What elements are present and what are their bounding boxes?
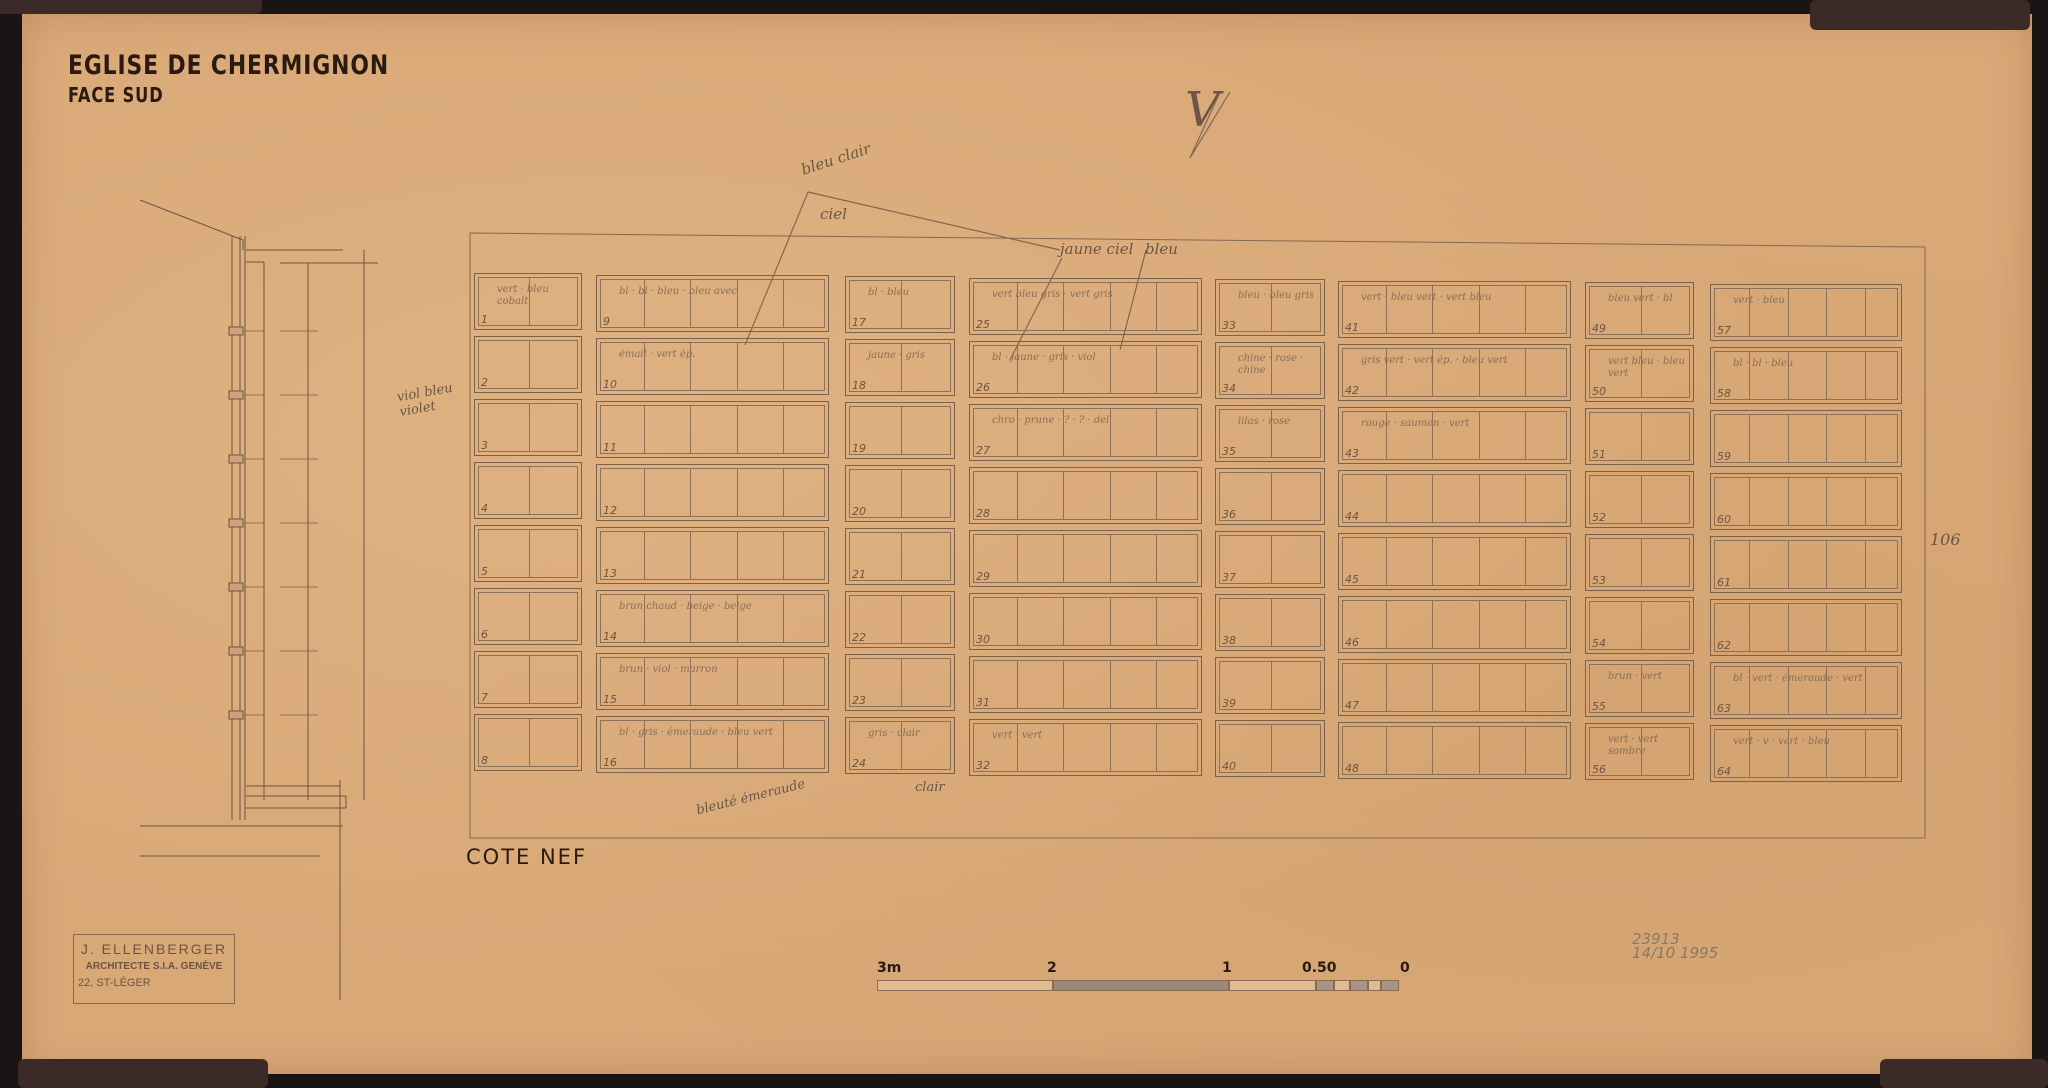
panel-mullion <box>1063 724 1064 771</box>
panel-number: 29 <box>976 570 990 583</box>
panel-mullion <box>1865 415 1866 462</box>
panel-number: 36 <box>1222 508 1236 521</box>
panel-mullion <box>1749 730 1750 777</box>
panel-mullion <box>737 595 738 642</box>
panel-mullion <box>1788 604 1789 651</box>
pencil-annotation: 106 <box>1930 530 1961 549</box>
scale-segment <box>1229 980 1316 991</box>
window-panel: 55brun · vert <box>1585 660 1694 717</box>
panel-number: 11 <box>603 441 617 454</box>
window-panel: 6 <box>474 588 582 645</box>
panel-mullion <box>1641 476 1642 523</box>
panel-mullion <box>1826 604 1827 651</box>
panel-number: 18 <box>852 379 866 392</box>
panel-mullion <box>1432 601 1433 648</box>
panel-number: 28 <box>976 507 990 520</box>
panel-inner-frame <box>600 468 825 517</box>
panel-number: 34 <box>1222 382 1236 395</box>
window-panel: 62 <box>1710 599 1902 656</box>
panel-mullion <box>1826 730 1827 777</box>
window-panel: 39 <box>1215 657 1325 714</box>
window-panel: 18jaune · gris <box>845 339 955 396</box>
panel-mullion <box>1865 289 1866 336</box>
panel-mullion <box>1788 667 1789 714</box>
panel-mullion <box>644 406 645 453</box>
panel-color-note: jaune · gris <box>868 350 948 362</box>
panel-inner-frame <box>973 471 1198 520</box>
panel-mullion <box>1788 415 1789 462</box>
panel-mullion <box>1386 349 1387 396</box>
panel-mullion <box>1110 661 1111 708</box>
window-panel: 58bl · bl · bleu <box>1710 347 1902 404</box>
panel-color-note: bl · gris · émeraude · bleu vert <box>619 727 822 739</box>
panel-mullion <box>1749 667 1750 714</box>
panel-mullion <box>1271 284 1272 331</box>
panel-mullion <box>1826 478 1827 525</box>
panel-number: 45 <box>1345 573 1359 586</box>
panel-inner-frame <box>478 718 578 767</box>
panel-number: 54 <box>1592 637 1606 650</box>
panel-number: 33 <box>1222 319 1236 332</box>
panel-mullion <box>1641 665 1642 712</box>
panel-mullion <box>644 658 645 705</box>
panel-number: 46 <box>1345 636 1359 649</box>
panel-mullion <box>1432 475 1433 522</box>
panel-mullion <box>690 406 691 453</box>
panel-mullion <box>1063 409 1064 456</box>
panel-color-note: bleu · bleu gris <box>1238 290 1318 302</box>
panel-color-note: gris vert · vert ép. · bleu vert <box>1361 355 1564 367</box>
window-panel: 43rouge · saumon · vert <box>1338 407 1571 464</box>
panel-mullion <box>783 595 784 642</box>
panel-number: 23 <box>852 694 866 707</box>
panel-mullion <box>1749 289 1750 336</box>
panel-inner-frame <box>1714 603 1898 652</box>
panel-inner-frame <box>478 592 578 641</box>
window-panel: 7 <box>474 651 582 708</box>
panel-inner-frame <box>1714 540 1898 589</box>
window-panel: 15brun · viol · marron <box>596 653 829 710</box>
panel-mullion <box>1110 346 1111 393</box>
panel-mullion <box>1271 662 1272 709</box>
panel-number: 52 <box>1592 511 1606 524</box>
panel-inner-frame <box>600 405 825 454</box>
panel-inner-frame <box>1342 726 1567 775</box>
panel-mullion <box>1386 664 1387 711</box>
panel-color-note: brun chaud · beige · beige <box>619 601 822 613</box>
panel-inner-frame <box>973 534 1198 583</box>
panel-mullion <box>1749 478 1750 525</box>
panel-number: 10 <box>603 378 617 391</box>
panel-mullion <box>1865 667 1866 714</box>
panel-number: 2 <box>481 376 488 389</box>
panel-mullion <box>1017 535 1018 582</box>
panel-number: 12 <box>603 504 617 517</box>
panel-mullion <box>529 341 530 388</box>
window-panel: 16bl · gris · émeraude · bleu vert <box>596 716 829 773</box>
panel-number: 1 <box>481 313 488 326</box>
panel-color-note: vert · bleu <box>1733 295 1895 307</box>
panel-number: 32 <box>976 759 990 772</box>
panel-number: 44 <box>1345 510 1359 523</box>
panel-inner-frame <box>1342 663 1567 712</box>
panel-mullion <box>737 343 738 390</box>
panel-mullion <box>1063 346 1064 393</box>
panel-mullion <box>644 532 645 579</box>
panel-mullion <box>1271 725 1272 772</box>
panel-number: 14 <box>603 630 617 643</box>
panel-inner-frame <box>1342 474 1567 523</box>
panel-mullion <box>1788 541 1789 588</box>
panel-number: 51 <box>1592 448 1606 461</box>
panel-mullion <box>1479 286 1480 333</box>
panel-mullion <box>690 280 691 327</box>
panel-mullion <box>1788 730 1789 777</box>
panel-mullion <box>529 719 530 766</box>
window-panel: 45 <box>1338 533 1571 590</box>
panel-mullion <box>901 659 902 706</box>
panel-color-note: bl · vert · émeraude · vert <box>1733 673 1895 685</box>
panel-mullion <box>1432 664 1433 711</box>
window-panel: 20 <box>845 465 955 522</box>
window-panel: 49bleu vert · bl <box>1585 282 1694 339</box>
panel-mullion <box>1063 283 1064 330</box>
panel-mullion <box>783 469 784 516</box>
window-panel: 27chro · prune · ? · ? · del <box>969 404 1202 461</box>
window-panel: 50vert bleu · bleu vert <box>1585 345 1694 402</box>
panel-mullion <box>737 658 738 705</box>
panel-mullion <box>1271 473 1272 520</box>
panel-mullion <box>1826 352 1827 399</box>
panel-mullion <box>783 721 784 768</box>
panel-number: 61 <box>1717 576 1731 589</box>
window-panel: 51 <box>1585 408 1694 465</box>
panel-mullion <box>1479 664 1480 711</box>
panel-number: 37 <box>1222 571 1236 584</box>
panel-number: 7 <box>481 691 488 704</box>
panel-number: 35 <box>1222 445 1236 458</box>
panel-number: 58 <box>1717 387 1731 400</box>
panel-color-note: rouge · saumon · vert <box>1361 418 1564 430</box>
window-panel: 25vert bleu gris · vert gris <box>969 278 1202 335</box>
window-panel: 21 <box>845 528 955 585</box>
panel-mullion <box>1386 538 1387 585</box>
panel-mullion <box>644 595 645 642</box>
panel-color-note: gris · clair <box>868 728 948 740</box>
scale-segment <box>1334 980 1350 991</box>
panel-color-note: vert · bleu vert · vert bleu <box>1361 292 1564 304</box>
panel-mullion <box>1479 601 1480 648</box>
panel-number: 62 <box>1717 639 1731 652</box>
panel-color-note: brun · vert <box>1608 671 1687 683</box>
panel-mullion <box>1749 415 1750 462</box>
panel-mullion <box>737 532 738 579</box>
panel-mullion <box>1525 664 1526 711</box>
panel-color-note: vert · bleu cobalt <box>497 284 575 308</box>
panel-color-note: chro · prune · ? · ? · del <box>992 415 1195 427</box>
window-panel: 9bl · bl · bleu · bleu avec <box>596 275 829 332</box>
panel-mullion <box>1110 472 1111 519</box>
window-panel: 52 <box>1585 471 1694 528</box>
panel-mullion <box>1156 535 1157 582</box>
panel-number: 55 <box>1592 700 1606 713</box>
panel-mullion <box>1788 478 1789 525</box>
window-panel: 56vert · vert sombre <box>1585 723 1694 780</box>
panel-mullion <box>1826 541 1827 588</box>
stamp-title: ARCHITECTE S.I.A. GENÈVE <box>74 961 234 972</box>
panel-mullion <box>690 343 691 390</box>
panel-mullion <box>1641 287 1642 334</box>
window-panel: 4 <box>474 462 582 519</box>
panel-mullion <box>1156 724 1157 771</box>
scale-label-050: 0.50 <box>1302 960 1337 976</box>
panel-mullion <box>901 596 902 643</box>
panel-color-note: bl · bl · bleu · bleu avec <box>619 286 822 298</box>
window-panel: 48 <box>1338 722 1571 779</box>
panel-mullion <box>1063 535 1064 582</box>
panel-mullion <box>1865 604 1866 651</box>
panel-mullion <box>1788 289 1789 336</box>
panel-number: 57 <box>1717 324 1731 337</box>
panel-number: 56 <box>1592 763 1606 776</box>
panel-mullion <box>1479 727 1480 774</box>
scale-label-3m: 3m <box>877 960 901 976</box>
panel-mullion <box>529 530 530 577</box>
window-panel: 37 <box>1215 531 1325 588</box>
panel-mullion <box>783 532 784 579</box>
panel-mullion <box>1386 475 1387 522</box>
window-panel: 10émail · vert ép. <box>596 338 829 395</box>
window-panel: 47 <box>1338 659 1571 716</box>
panel-mullion <box>1641 350 1642 397</box>
panel-mullion <box>1641 728 1642 775</box>
panel-mullion <box>901 722 902 769</box>
scale-label-0: 0 <box>1400 960 1410 976</box>
stamp-address: 22, ST-LÉGER <box>74 977 234 989</box>
panel-mullion <box>1110 724 1111 771</box>
panel-number: 59 <box>1717 450 1731 463</box>
window-panel: 32vert · vert <box>969 719 1202 776</box>
panel-mullion <box>1156 472 1157 519</box>
panel-mullion <box>1525 601 1526 648</box>
panel-mullion <box>529 656 530 703</box>
panel-mullion <box>1017 346 1018 393</box>
panel-mullion <box>1156 346 1157 393</box>
panel-color-note: chine · rose · chine <box>1238 353 1318 377</box>
window-panel: 12 <box>596 464 829 521</box>
panel-mullion <box>1063 661 1064 708</box>
panel-mullion <box>1432 412 1433 459</box>
scale-segment <box>1368 980 1381 991</box>
panel-mullion <box>644 469 645 516</box>
panel-mullion <box>1017 724 1018 771</box>
panel-mullion <box>783 280 784 327</box>
panel-number: 8 <box>481 754 488 767</box>
panel-mullion <box>783 658 784 705</box>
panel-number: 41 <box>1345 321 1359 334</box>
panel-inner-frame <box>973 597 1198 646</box>
panel-color-note: vert bleu · bleu vert <box>1608 356 1687 380</box>
window-panel: 59 <box>1710 410 1902 467</box>
panel-mullion <box>690 532 691 579</box>
pencil-annotation: clair <box>915 780 945 795</box>
panel-mullion <box>1156 409 1157 456</box>
inventory-date: 14/10 1995 <box>1632 946 1718 960</box>
panel-mullion <box>1641 602 1642 649</box>
window-panel: 17bl · bleu <box>845 276 955 333</box>
panel-mullion <box>1479 538 1480 585</box>
panel-color-note: bl · bleu <box>868 287 948 299</box>
window-panel: 11 <box>596 401 829 458</box>
panel-mullion <box>1479 349 1480 396</box>
panel-number: 17 <box>852 316 866 329</box>
panel-mullion <box>529 404 530 451</box>
panel-number: 16 <box>603 756 617 769</box>
panel-mullion <box>737 406 738 453</box>
panel-mullion <box>1110 598 1111 645</box>
window-panel: 53 <box>1585 534 1694 591</box>
window-panel: 28 <box>969 467 1202 524</box>
panel-mullion <box>1271 599 1272 646</box>
panel-mullion <box>1017 409 1018 456</box>
panel-mullion <box>783 406 784 453</box>
panel-mullion <box>1017 598 1018 645</box>
panel-color-note: vert · vert sombre <box>1608 734 1687 758</box>
panel-mullion <box>644 343 645 390</box>
panel-color-note: brun · viol · marron <box>619 664 822 676</box>
panel-mullion <box>1156 661 1157 708</box>
panel-mullion <box>1865 730 1866 777</box>
panel-inner-frame <box>1714 414 1898 463</box>
scale-segment <box>1381 980 1399 991</box>
panel-mullion <box>690 658 691 705</box>
panel-number: 27 <box>976 444 990 457</box>
scale-label-2: 2 <box>1047 960 1057 976</box>
panel-number: 13 <box>603 567 617 580</box>
panel-mullion <box>901 533 902 580</box>
panel-color-note: bl · bl · bleu <box>1733 358 1895 370</box>
window-panel: 2 <box>474 336 582 393</box>
panel-mullion <box>690 595 691 642</box>
panel-mullion <box>737 721 738 768</box>
panel-mullion <box>1156 598 1157 645</box>
panel-mullion <box>1271 347 1272 394</box>
inventory-note: 23913 14/10 1995 <box>1632 932 1718 960</box>
panel-mullion <box>1826 667 1827 714</box>
panel-color-note: vert bleu gris · vert gris <box>992 289 1195 301</box>
panel-number: 26 <box>976 381 990 394</box>
panel-number: 64 <box>1717 765 1731 778</box>
window-panel: 61 <box>1710 536 1902 593</box>
panel-mullion <box>690 469 691 516</box>
panel-number: 42 <box>1345 384 1359 397</box>
panel-inner-frame <box>478 340 578 389</box>
panel-mullion <box>1156 283 1157 330</box>
window-panel: 35lilas · rose <box>1215 405 1325 462</box>
panel-mullion <box>1749 541 1750 588</box>
panel-inner-frame <box>1342 537 1567 586</box>
window-panel: 54 <box>1585 597 1694 654</box>
panel-inner-frame <box>973 660 1198 709</box>
panel-color-note: lilas · rose <box>1238 416 1318 428</box>
panel-number: 20 <box>852 505 866 518</box>
window-panel: 23 <box>845 654 955 711</box>
panel-mullion <box>1386 727 1387 774</box>
panel-mullion <box>1479 475 1480 522</box>
panel-number: 31 <box>976 696 990 709</box>
panel-mullion <box>1017 661 1018 708</box>
window-panel: 8 <box>474 714 582 771</box>
panel-mullion <box>1865 478 1866 525</box>
panel-mullion <box>901 470 902 517</box>
panel-number: 38 <box>1222 634 1236 647</box>
scale-segment <box>1316 980 1334 991</box>
panel-mullion <box>1271 536 1272 583</box>
scale-segment <box>1350 980 1368 991</box>
window-panel: 33bleu · bleu gris <box>1215 279 1325 336</box>
panel-mullion <box>1525 412 1526 459</box>
panel-mullion <box>1749 604 1750 651</box>
window-panel: 26bl · jaune · gris · viol <box>969 341 1202 398</box>
window-panel: 42gris vert · vert ép. · bleu vert <box>1338 344 1571 401</box>
panel-number: 9 <box>603 315 610 328</box>
panel-inner-frame <box>478 529 578 578</box>
pencil-annotation: bleu <box>1145 240 1178 258</box>
panel-mullion <box>1386 601 1387 648</box>
panel-number: 50 <box>1592 385 1606 398</box>
panel-mullion <box>1432 286 1433 333</box>
side-label: COTE NEF <box>466 845 587 869</box>
window-panel: 44 <box>1338 470 1571 527</box>
panel-inner-frame <box>1714 477 1898 526</box>
panel-inner-frame <box>600 531 825 580</box>
window-panel: 3 <box>474 399 582 456</box>
window-panel: 41vert · bleu vert · vert bleu <box>1338 281 1571 338</box>
panel-mullion <box>1386 286 1387 333</box>
panel-mullion <box>690 721 691 768</box>
window-panel: 40 <box>1215 720 1325 777</box>
panel-mullion <box>529 278 530 325</box>
window-panel: 13 <box>596 527 829 584</box>
panel-mullion <box>737 469 738 516</box>
panel-mullion <box>1641 539 1642 586</box>
panel-mullion <box>1063 472 1064 519</box>
window-panel: 19 <box>845 402 955 459</box>
panel-mullion <box>1826 289 1827 336</box>
panel-number: 30 <box>976 633 990 646</box>
panel-number: 25 <box>976 318 990 331</box>
panel-mullion <box>1271 410 1272 457</box>
panel-inner-frame <box>478 403 578 452</box>
window-panel: 1vert · bleu cobalt <box>474 273 582 330</box>
panel-mullion <box>1017 283 1018 330</box>
scale-segment <box>877 980 1053 991</box>
window-panel: 46 <box>1338 596 1571 653</box>
panel-color-note: bl · jaune · gris · viol <box>992 352 1195 364</box>
pencil-annotation: jaune ciel <box>1060 240 1133 258</box>
panel-mullion <box>901 407 902 454</box>
panel-mullion <box>529 593 530 640</box>
panel-mullion <box>1525 286 1526 333</box>
panel-mullion <box>529 467 530 514</box>
panel-number: 43 <box>1345 447 1359 460</box>
panel-mullion <box>1865 541 1866 588</box>
panel-mullion <box>1063 598 1064 645</box>
panel-mullion <box>1525 475 1526 522</box>
panel-number: 40 <box>1222 760 1236 773</box>
panel-inner-frame <box>478 655 578 704</box>
panel-mullion <box>1525 349 1526 396</box>
